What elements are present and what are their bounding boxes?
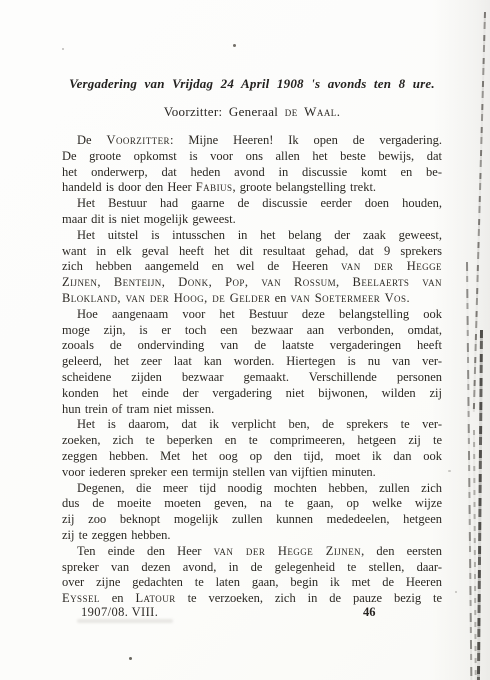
text-line: Het Bestuur had gaarne de discussie eerd… <box>62 196 442 212</box>
text-line: De Voorzitter: Mijne Heeren! Ik open de … <box>62 133 442 149</box>
text-run: . <box>337 104 341 119</box>
text-run: zij zoo beknopt mogelijk zullen kunnen m… <box>62 512 442 526</box>
text-run: maar dit is niet mogelijk geweest. <box>62 212 236 226</box>
text-run: zoeken, zich te beperken en te comprimee… <box>62 433 442 447</box>
smallcaps-name: Latour <box>135 591 175 605</box>
text-run: , den eersten <box>361 544 442 558</box>
text-line: Het is daarom, dat ik verplicht ben, de … <box>62 417 442 433</box>
text-line: zeggen hebben. Met het oog op den tijd, … <box>62 449 442 465</box>
smallcaps-name: Voorzitter <box>106 133 170 147</box>
scan-speck <box>455 591 457 593</box>
text-run: zij te zeggen hebben. <box>62 528 171 542</box>
text-run: moge zijn, is er toch een bezwaar aan ve… <box>62 323 442 337</box>
smallcaps-name: Blokland, van der Hoog, de Gelder <box>62 291 270 305</box>
text-run: Ten einde den Heer <box>77 544 214 558</box>
scan-speck <box>62 48 64 50</box>
text-run: handeld is door den Heer <box>62 180 196 194</box>
text-run: zich hebben aangemeld en wel de Heeren <box>62 259 341 273</box>
text-line: over zijne gedachten te laten gaan, begi… <box>62 575 442 591</box>
scan-edge-streak <box>473 430 477 680</box>
text-run: konden het einde der vergadering niet bi… <box>62 386 442 400</box>
text-line: zooals de ondervinding van de laatste ve… <box>62 338 442 354</box>
scan-speck <box>233 44 236 47</box>
text-line: want in elk geval heeft het dit resultaa… <box>62 244 442 260</box>
text-run: het onderwerp, dat heden avond in discus… <box>62 165 442 179</box>
text-line: Ten einde den Heer van der Hegge Zijnen,… <box>62 544 442 560</box>
smallcaps-name: de Waal <box>285 104 337 119</box>
body-text: De Voorzitter: Mijne Heeren! Ik open de … <box>62 133 442 607</box>
text-line: moge zijn, is er toch een bezwaar aan ve… <box>62 323 442 339</box>
text-line: zoeken, zich te beperken en te comprimee… <box>62 433 442 449</box>
text-line: dus de moeite moeten geven, na te gaan, … <box>62 496 442 512</box>
text-run: Het Bestuur had gaarne de discussie eerd… <box>77 196 442 210</box>
text-line: het onderwerp, dat heden avond in discus… <box>62 165 442 181</box>
meeting-heading: Vergadering van Vrijdag 24 April 1908 's… <box>62 76 442 92</box>
text-line: zich hebben aangemeld en wel de Heeren v… <box>62 259 442 275</box>
text-line: Hoe aangenaam voor het Bestuur deze bela… <box>62 307 442 323</box>
text-run: want in elk geval heeft het dit resultaa… <box>62 244 442 258</box>
text-line: spreker van dezen avond, in de gelegenhe… <box>62 560 442 576</box>
text-line: geleerd, het zeer laat kan worden. Hiert… <box>62 354 442 370</box>
scan-edge-streak <box>477 330 483 680</box>
text-line: zij zoo beknopt mogelijk zullen kunnen m… <box>62 512 442 528</box>
text-line: scheidene zijden bezwaar gemaakt. Versch… <box>62 370 442 386</box>
scan-speck <box>448 470 451 472</box>
text-run: zooals de ondervinding van de laatste ve… <box>62 338 442 352</box>
text-run: voor iederen spreker een termijn stellen… <box>62 465 376 479</box>
text-run: De <box>77 133 106 147</box>
smallcaps-name: van der Hegge <box>341 259 442 273</box>
smallcaps-name: Eyssel <box>62 591 100 605</box>
text-run: dus de moeite moeten geven, na te gaan, … <box>62 496 442 510</box>
text-run: te verzoeken, zich in de pauze bezig te <box>176 591 442 605</box>
text-line: Zijnen, Benteijn, Donk, Pop, van Rossum,… <box>62 275 442 291</box>
footer-page-number: 46 <box>363 605 376 620</box>
text-run: : Mijne Heeren! Ik open de vergadering. <box>170 133 442 147</box>
text-run: , groote belangstelling trekt. <box>232 180 376 194</box>
scanned-page: Vergadering van Vrijdag 24 April 1908 's… <box>0 0 490 680</box>
text-run: Hoe aangenaam voor het Bestuur deze bela… <box>77 307 442 321</box>
text-line: Degenen, die meer tijd noodig mochten he… <box>62 481 442 497</box>
text-run: spreker van dezen avond, in de gelegenhe… <box>62 560 442 574</box>
footer-volume: 1907/08. VIII. <box>81 605 158 620</box>
text-run: De groote opkomst is voor ons allen het … <box>62 149 442 163</box>
smallcaps-name: Fabius <box>196 180 233 194</box>
text-run: geleerd, het zeer laat kan worden. Hiert… <box>62 354 442 368</box>
page-footer: 1907/08. VIII. 46 <box>0 605 490 623</box>
text-run: zeggen hebben. Met het oog op den tijd, … <box>62 449 442 463</box>
text-run: Het uitstel is intusschen in het belang … <box>77 228 442 242</box>
text-line: maar dit is niet mogelijk geweest. <box>62 212 442 228</box>
text-run: Voorzitter: Generaal <box>164 104 285 119</box>
text-line: voor iederen spreker een termijn stellen… <box>62 465 442 481</box>
text-line: hun trein of tram niet missen. <box>62 402 442 418</box>
text-run: en <box>270 291 290 305</box>
smallcaps-name: Zijnen, Benteijn, Donk, Pop, van Rossum,… <box>62 275 442 289</box>
scan-speck <box>129 657 132 660</box>
text-run: Het is daarom, dat ik verplicht ben, de … <box>77 417 442 431</box>
text-line: zij te zeggen hebben. <box>62 528 442 544</box>
text-run: . <box>406 291 409 305</box>
smallcaps-name: van der Hegge Zijnen <box>214 544 361 558</box>
text-run: Degenen, die meer tijd noodig mochten he… <box>77 481 442 495</box>
text-run: over zijne gedachten te laten gaan, begi… <box>62 575 442 589</box>
smallcaps-name: van Soetermeer Vos <box>291 291 407 305</box>
text-run: hun trein of tram niet missen. <box>62 402 214 416</box>
ink-bleed-ghost <box>77 619 173 623</box>
text-run: en <box>100 591 136 605</box>
text-line: Blokland, van der Hoog, de Gelder en van… <box>62 291 442 307</box>
text-line: De groote opkomst is voor ons allen het … <box>62 149 442 165</box>
text-line: handeld is door den Heer Fabius, groote … <box>62 180 442 196</box>
chairman-line: Voorzitter: Generaal de Waal. <box>62 104 442 120</box>
text-run: scheidene zijden bezwaar gemaakt. Versch… <box>62 370 442 384</box>
text-line: Het uitstel is intusschen in het belang … <box>62 228 442 244</box>
text-line: konden het einde der vergadering niet bi… <box>62 386 442 402</box>
